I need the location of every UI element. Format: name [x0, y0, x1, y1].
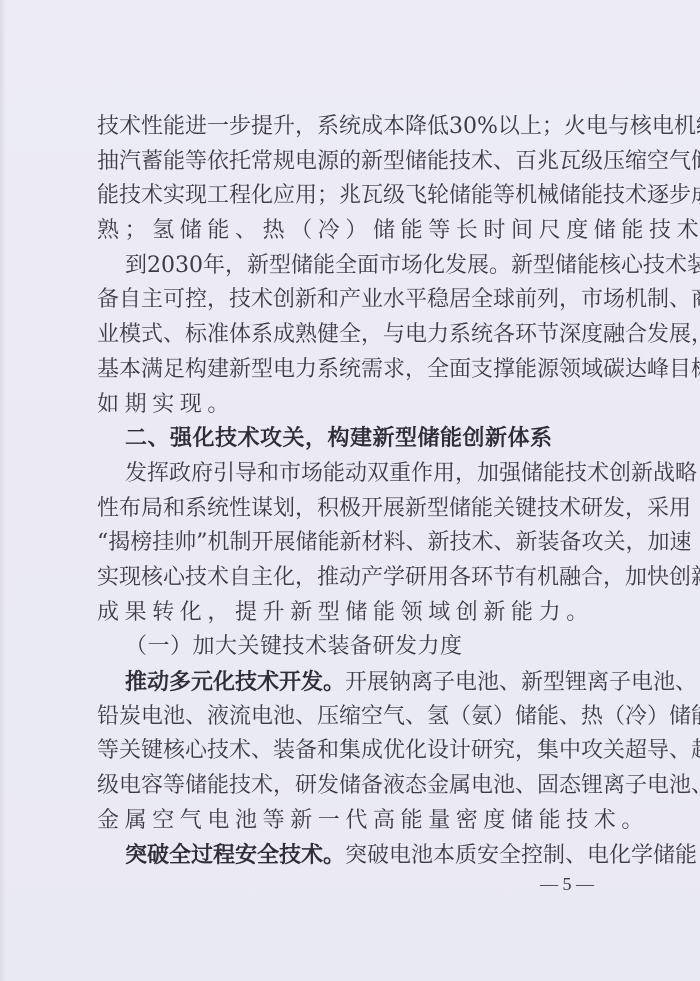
text-line: 发挥政府引导和市场能动双重作用，加强储能技术创新战略: [97, 457, 604, 492]
page-number: — 5 —: [537, 872, 597, 896]
text-line: 业模式、标准体系成熟健全，与电力系统各环节深度融合发展，: [97, 318, 604, 353]
section-heading: 二、强化技术攻关，构建新型储能创新体系: [97, 422, 604, 457]
text-line: 抽汽蓄能等依托常规电源的新型储能技术、百兆瓦级压缩空气储: [97, 145, 604, 180]
text-line: 熟；氢储能、热（冷）储能等长时间尺度储能技术取得突破。: [97, 214, 604, 249]
text-line: 实现核心技术自主化，推动产学研用各环节有机融合，加快创新: [97, 561, 604, 596]
text-line: 性布局和系统性谋划，积极开展新型储能关键技术研发，采用: [97, 492, 604, 527]
text-line-rest: 开展钠离子电池、新型锂离子电池、: [345, 670, 697, 695]
text-line: 铅炭电池、液流电池、压缩空气、氢（氨）储能、热（冷）储能: [97, 700, 604, 735]
text-line: 能技术实现工程化应用；兆瓦级飞轮储能等机械储能技术逐步成: [97, 179, 604, 214]
text-line: 基本满足构建新型电力系统需求，全面支撑能源领域碳达峰目标: [97, 353, 604, 388]
text-line: 级电容等储能技术，研发储备液态金属电池、固态锂离子电池、: [97, 769, 604, 804]
paragraph-lead-phrase: 突破全过程安全技术。: [125, 842, 345, 868]
text-line: 如期实现。: [97, 388, 604, 423]
page-edge-shadow: [0, 0, 6, 981]
text-line: 成果转化，提升新型储能领域创新能力。: [97, 596, 604, 631]
document-body: 技术性能进一步提升，系统成本降低30%以上；火电与核电机组 抽汽蓄能等依托常规电…: [97, 110, 604, 873]
text-line: 突破全过程安全技术。突破电池本质安全控制、电化学储能: [97, 838, 604, 873]
text-line-rest: 突破电池本质安全控制、电化学储能: [345, 843, 697, 868]
text-line: 推动多元化技术开发。开展钠离子电池、新型锂离子电池、: [97, 665, 604, 700]
text-line: 到2030年，新型储能全面市场化发展。新型储能核心技术装: [97, 249, 604, 284]
text-line: 技术性能进一步提升，系统成本降低30%以上；火电与核电机组: [97, 110, 604, 145]
text-line: “揭榜挂帅”机制开展储能新材料、新技术、新装备攻关，加速: [97, 526, 604, 561]
text-line: 备自主可控，技术创新和产业水平稳居全球前列，市场机制、商: [97, 283, 604, 318]
text-line: 金属空气电池等新一代高能量密度储能技术。: [97, 804, 604, 839]
paragraph-lead-phrase: 推动多元化技术开发。: [125, 669, 345, 695]
subsection-heading: （一）加大关键技术装备研发力度: [97, 630, 604, 665]
document-page: 技术性能进一步提升，系统成本降低30%以上；火电与核电机组 抽汽蓄能等依托常规电…: [0, 0, 700, 981]
text-line: 等关键核心技术、装备和集成优化设计研究，集中攻关超导、超: [97, 734, 604, 769]
